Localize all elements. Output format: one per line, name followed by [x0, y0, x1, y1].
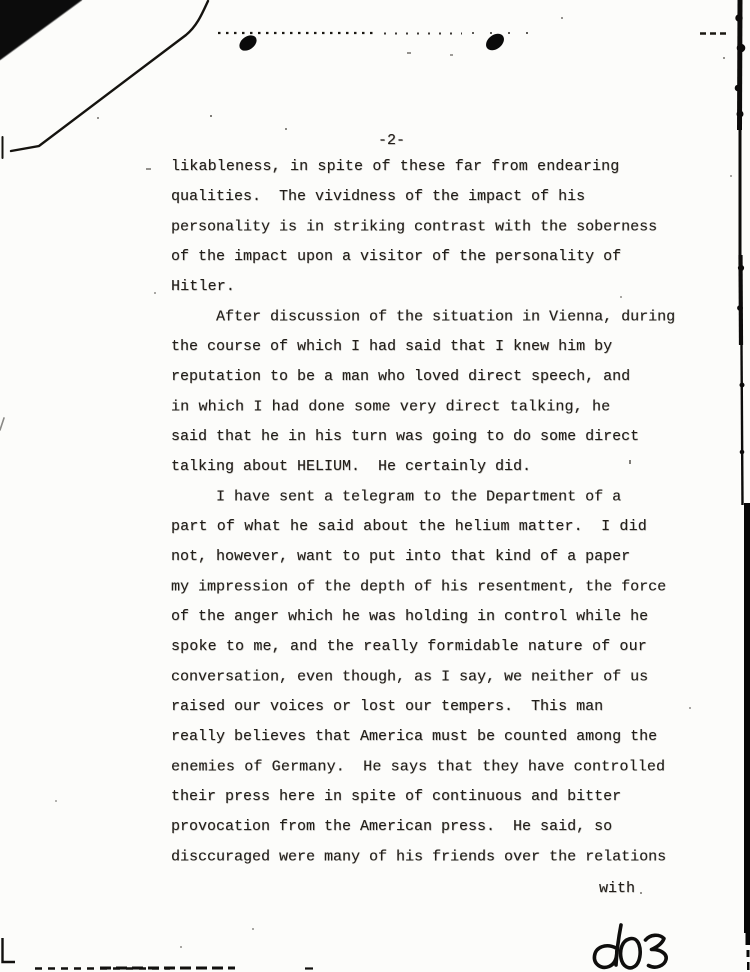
handwritten-d03-strokes [0, 0, 750, 972]
handwritten-annotation: d03 [0, 0, 750, 972]
scanned-document-page: -2- likableness, in spite of these far f… [0, 0, 750, 972]
